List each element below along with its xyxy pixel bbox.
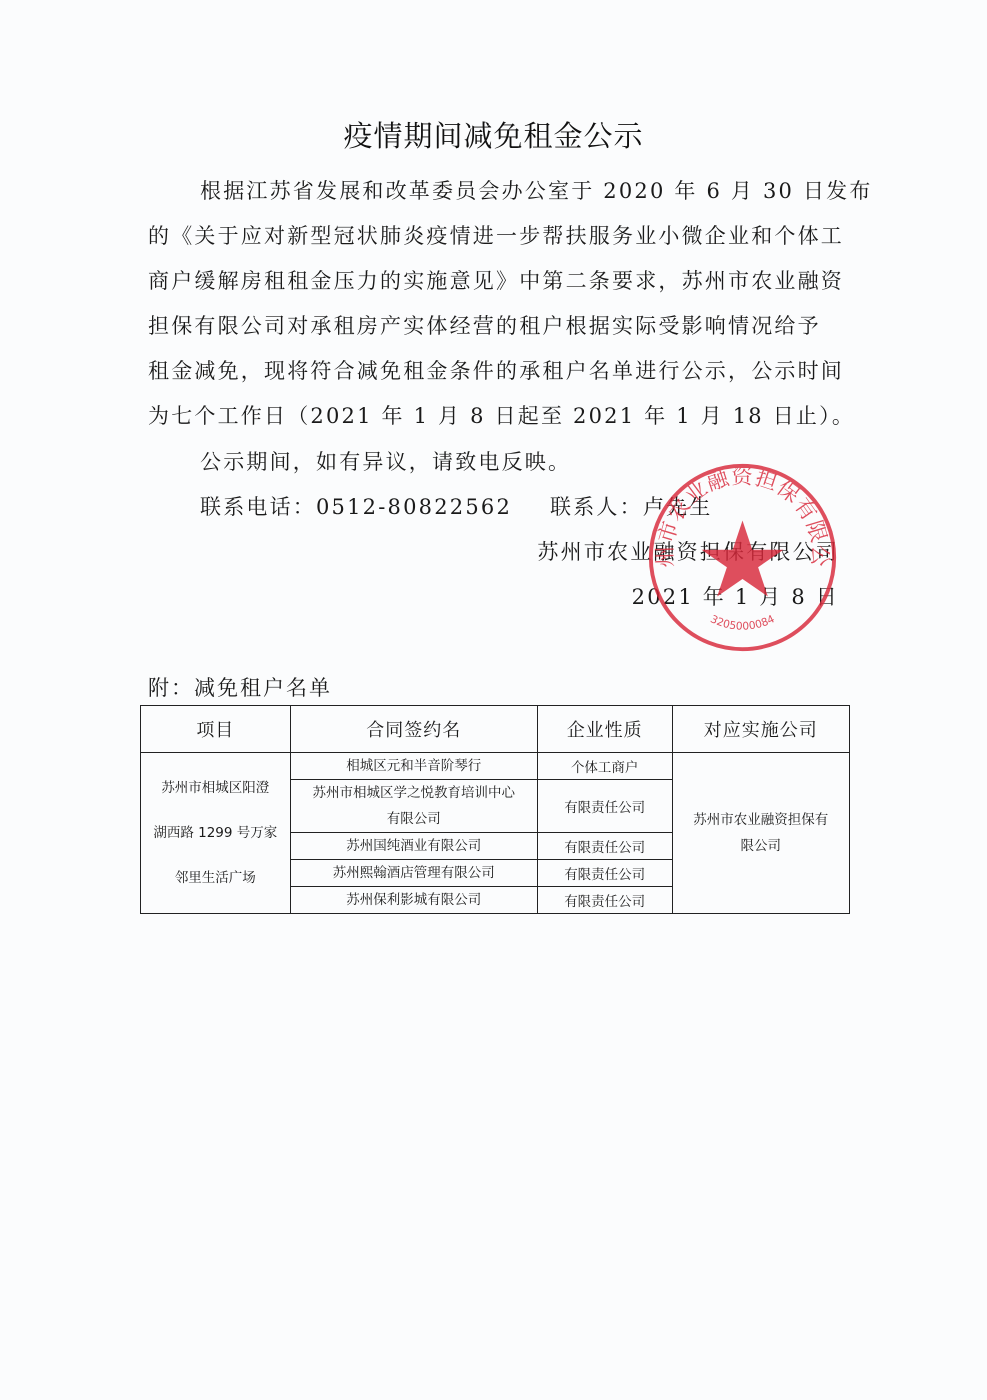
project-cell: 苏州市相城区阳澄 湖西路 1299 号万家 邻里生活广场 — [141, 753, 291, 914]
company-seal-icon: 苏州市农业融资担保有限公司 3205000084 — [645, 460, 840, 655]
project-line: 湖西路 1299 号万家 — [141, 811, 290, 856]
body-line-1: 根据江苏省发展和改革委员会办公室于 2020 年 6 月 30 日发布 — [200, 176, 890, 206]
contract-name-line: 苏州市相城区学之悦教育培训中心 — [291, 780, 537, 806]
project-line: 邻里生活广场 — [141, 856, 290, 901]
enterprise-type-cell: 个体工商户 — [537, 753, 672, 780]
contract-name-cell: 苏州熙翰酒店管理有限公司 — [290, 860, 537, 887]
enterprise-type-cell: 有限责任公司 — [537, 860, 672, 887]
contract-name-line: 有限公司 — [291, 806, 537, 832]
enterprise-type-cell: 有限责任公司 — [537, 887, 672, 914]
body-line-5: 租金减免，现将符合减免租金条件的承租户名单进行公示，公示时间 — [148, 356, 838, 386]
header-enterprise-type: 企业性质 — [537, 706, 672, 753]
contract-name-cell: 苏州市相城区学之悦教育培训中心 有限公司 — [290, 780, 537, 833]
body-line-6: 为七个工作日（2021 年 1 月 8 日起至 2021 年 1 月 18 日止… — [148, 401, 838, 431]
attachment-label: 附：减免租户名单 — [148, 672, 332, 702]
body-line-4: 担保有限公司对承租房产实体经营的租户根据实际受影响情况给予 — [148, 311, 838, 341]
enterprise-type-cell: 有限责任公司 — [537, 833, 672, 860]
contract-name-cell: 相城区元和半音阶琴行 — [290, 753, 537, 780]
phone-label: 联系电话： — [200, 495, 316, 519]
header-contract-name: 合同签约名 — [290, 706, 537, 753]
svg-text:3205000084: 3205000084 — [708, 612, 776, 632]
document-page: 疫情期间减免租金公示 根据江苏省发展和改革委员会办公室于 2020 年 6 月 … — [0, 0, 987, 1400]
implementing-company-cell: 苏州市农业融资担保有 限公司 — [672, 753, 850, 914]
phone-number: 0512-80822562 — [316, 495, 512, 519]
document-title: 疫情期间减免租金公示 — [0, 114, 987, 155]
impl-line: 苏州市农业融资担保有 — [673, 807, 850, 833]
contact-person-label: 联系人： — [550, 495, 643, 519]
contract-name-cell: 苏州国纯酒业有限公司 — [290, 833, 537, 860]
body-line-3: 商户缓解房租租金压力的实施意见》中第二条要求，苏州市农业融资 — [148, 266, 838, 296]
header-project: 项目 — [141, 706, 291, 753]
tenant-table: 项目 合同签约名 企业性质 对应实施公司 苏州市相城区阳澄 湖西路 1299 号… — [140, 705, 850, 914]
enterprise-type-cell: 有限责任公司 — [537, 780, 672, 833]
header-implementing-company: 对应实施公司 — [672, 706, 850, 753]
impl-line: 限公司 — [673, 833, 850, 859]
table-header-row: 项目 合同签约名 企业性质 对应实施公司 — [141, 706, 850, 753]
body-line-2: 的《关于应对新型冠状肺炎疫情进一步帮扶服务业小微企业和个体工 — [148, 221, 838, 251]
project-line: 苏州市相城区阳澄 — [141, 766, 290, 811]
table-row: 苏州市相城区阳澄 湖西路 1299 号万家 邻里生活广场 相城区元和半音阶琴行 … — [141, 753, 850, 780]
contract-name-cell: 苏州保利影城有限公司 — [290, 887, 537, 914]
